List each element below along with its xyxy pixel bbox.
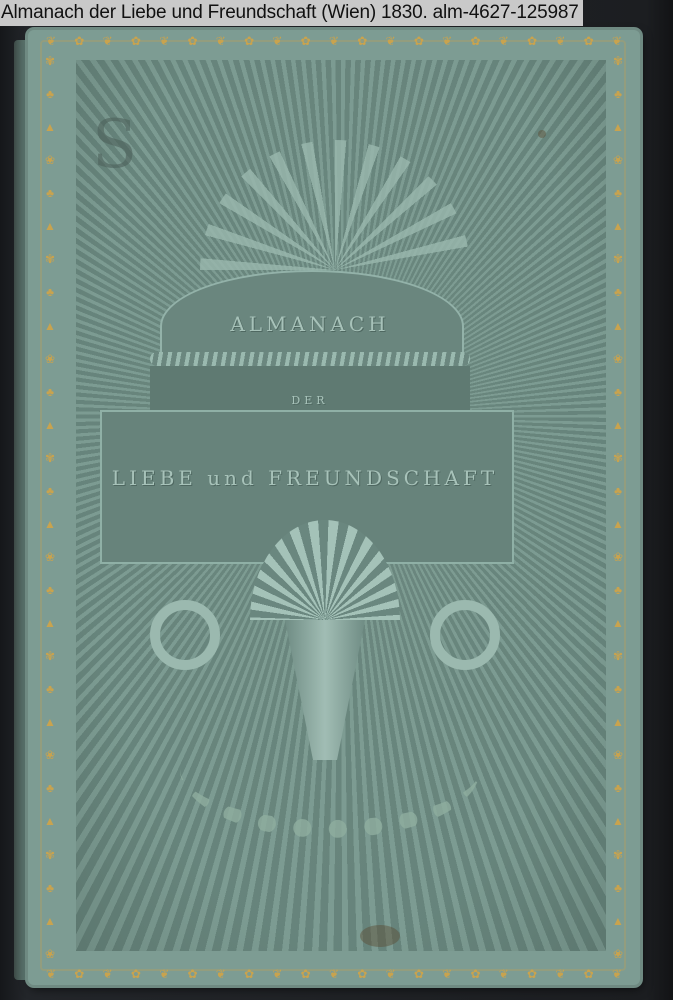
gilt-ornament-icon: ▲ bbox=[44, 517, 56, 531]
library-stamp: S bbox=[92, 110, 138, 180]
gilt-ornament-icon: ❦ bbox=[216, 967, 226, 981]
gilt-ornament-icon: ♣ bbox=[614, 285, 622, 299]
book-photo: ❦✿❦✿❦✿❦✿❦✿❦✿❦✿❦✿❦✿❦✿❦ ❦✿❦✿❦✿❦✿❦✿❦✿❦✿❦✿❦✿… bbox=[0, 0, 673, 1000]
gilt-ornament-icon: ♣ bbox=[46, 385, 54, 399]
gilt-ornament-icon: ✿ bbox=[357, 967, 367, 981]
gilt-ornament-icon: ❦ bbox=[329, 34, 339, 48]
gilt-ornament-icon: ▲ bbox=[44, 319, 56, 333]
gilt-ornament-icon: ❦ bbox=[46, 967, 56, 981]
gilt-ornament-icon: ❦ bbox=[555, 967, 565, 981]
gilt-ornament-icon: ✿ bbox=[357, 34, 367, 48]
right-scroll-icon bbox=[430, 600, 500, 670]
gilt-ornament-icon: ✿ bbox=[244, 34, 254, 48]
gilt-ornament-icon: ❀ bbox=[45, 748, 55, 762]
gilt-ornament-icon: ❦ bbox=[103, 34, 113, 48]
gilt-ornament-icon: ✿ bbox=[74, 967, 84, 981]
gilt-ornament-icon: ♣ bbox=[46, 186, 54, 200]
gilt-ornament-icon: ❦ bbox=[442, 967, 452, 981]
gilt-ornament-icon: ♣ bbox=[46, 682, 54, 696]
gilt-ornament-icon: ✿ bbox=[414, 34, 424, 48]
gilt-ornament-icon: ❀ bbox=[613, 748, 623, 762]
cover-title-der: DER bbox=[160, 394, 460, 407]
bottom-gilt-ornament-row: ❦✿❦✿❦✿❦✿❦✿❦✿❦✿❦✿❦✿❦✿❦ bbox=[46, 967, 622, 981]
gilt-ornament-icon: ❦ bbox=[159, 967, 169, 981]
gilt-ornament-icon: ❦ bbox=[612, 34, 622, 48]
gilt-ornament-icon: ▲ bbox=[612, 914, 624, 928]
gilt-ornament-icon: ✾ bbox=[613, 451, 623, 465]
gilt-ornament-icon: ❦ bbox=[159, 34, 169, 48]
gilt-ornament-icon: ❦ bbox=[216, 34, 226, 48]
gilt-ornament-icon: ✾ bbox=[45, 649, 55, 663]
gilt-ornament-icon: ❦ bbox=[499, 967, 509, 981]
gilt-ornament-icon: ✾ bbox=[613, 252, 623, 266]
wear-stain bbox=[360, 925, 400, 947]
gilt-ornament-icon: ❦ bbox=[499, 34, 509, 48]
gilt-ornament-icon: ▲ bbox=[612, 418, 624, 432]
gilt-ornament-icon: ❀ bbox=[613, 947, 623, 961]
gilt-ornament-icon: ♣ bbox=[614, 186, 622, 200]
gilt-ornament-icon: ❀ bbox=[45, 947, 55, 961]
gilt-ornament-icon: ✿ bbox=[414, 967, 424, 981]
gilt-ornament-icon: ▲ bbox=[612, 814, 624, 828]
gilt-ornament-icon: ▲ bbox=[612, 715, 624, 729]
gilt-ornament-icon: ♣ bbox=[614, 484, 622, 498]
gilt-ornament-icon: ▲ bbox=[612, 517, 624, 531]
gilt-ornament-icon: ✿ bbox=[74, 34, 84, 48]
gilt-ornament-icon: ♣ bbox=[614, 385, 622, 399]
gilt-ornament-icon: ✾ bbox=[613, 649, 623, 663]
gilt-ornament-icon: ♣ bbox=[614, 87, 622, 101]
gilt-ornament-icon: ▲ bbox=[612, 319, 624, 333]
gilt-ornament-icon: ♣ bbox=[614, 682, 622, 696]
gilt-ornament-icon: ▲ bbox=[612, 120, 624, 134]
gilt-ornament-icon: ❀ bbox=[45, 153, 55, 167]
gilt-ornament-icon: ✾ bbox=[45, 451, 55, 465]
gilt-ornament-icon: ❀ bbox=[613, 153, 623, 167]
gilt-ornament-icon: ▲ bbox=[44, 418, 56, 432]
gilt-ornament-icon: ♣ bbox=[46, 87, 54, 101]
gilt-ornament-icon: ▲ bbox=[44, 814, 56, 828]
right-gilt-ornament-column: ✾♣▲❀♣▲✾♣▲❀♣▲✾♣▲❀♣▲✾♣▲❀♣▲✾♣▲❀ bbox=[610, 54, 626, 961]
cover-title-liebe-freundschaft: LIEBE und FREUNDSCHAFT bbox=[100, 466, 510, 490]
gilt-ornament-icon: ❦ bbox=[555, 34, 565, 48]
gilt-ornament-icon: ❦ bbox=[329, 967, 339, 981]
gilt-ornament-icon: ✾ bbox=[613, 54, 623, 68]
gilt-ornament-icon: ❦ bbox=[272, 34, 282, 48]
gilt-ornament-icon: ❀ bbox=[613, 352, 623, 366]
rope-molding-ornament bbox=[150, 352, 470, 366]
left-scroll-icon bbox=[150, 600, 220, 670]
gilt-ornament-icon: ✾ bbox=[613, 848, 623, 862]
gilt-ornament-icon: ❀ bbox=[45, 352, 55, 366]
gilt-ornament-icon: ❦ bbox=[612, 967, 622, 981]
gilt-ornament-icon: ♣ bbox=[614, 583, 622, 597]
gilt-ornament-icon: ♣ bbox=[46, 285, 54, 299]
gilt-ornament-icon: ▲ bbox=[612, 219, 624, 233]
gilt-ornament-icon: ✿ bbox=[244, 967, 254, 981]
gilt-ornament-icon: ❦ bbox=[386, 34, 396, 48]
gilt-ornament-icon: ✾ bbox=[45, 54, 55, 68]
gilt-ornament-icon: ▲ bbox=[44, 219, 56, 233]
gilt-ornament-icon: ✿ bbox=[131, 967, 141, 981]
gilt-ornament-icon: ❦ bbox=[442, 34, 452, 48]
image-caption: Almanach der Liebe und Freundschaft (Wie… bbox=[0, 0, 583, 26]
gilt-ornament-icon: ✿ bbox=[470, 34, 480, 48]
gilt-ornament-icon: ❀ bbox=[613, 550, 623, 564]
gilt-ornament-icon: ❦ bbox=[103, 967, 113, 981]
gilt-ornament-icon: ❦ bbox=[46, 34, 56, 48]
gilt-ornament-icon: ✿ bbox=[584, 34, 594, 48]
gilt-ornament-icon: ✿ bbox=[301, 967, 311, 981]
wear-spot bbox=[538, 130, 546, 138]
gilt-ornament-icon: ✿ bbox=[470, 967, 480, 981]
gilt-ornament-icon: ✿ bbox=[301, 34, 311, 48]
gilt-ornament-icon: ▲ bbox=[44, 914, 56, 928]
gilt-ornament-icon: ❦ bbox=[386, 967, 396, 981]
gilt-ornament-icon: ✿ bbox=[527, 34, 537, 48]
top-gilt-ornament-row: ❦✿❦✿❦✿❦✿❦✿❦✿❦✿❦✿❦✿❦✿❦ bbox=[46, 34, 622, 48]
gilt-ornament-icon: ✿ bbox=[527, 967, 537, 981]
cover-title-almanach: ALMANACH bbox=[160, 312, 460, 336]
gilt-ornament-icon: ✾ bbox=[45, 252, 55, 266]
gilt-ornament-icon: ♣ bbox=[46, 583, 54, 597]
gilt-ornament-icon: ♣ bbox=[46, 881, 54, 895]
gilt-ornament-icon: ▲ bbox=[44, 715, 56, 729]
gilt-ornament-icon: ✾ bbox=[45, 848, 55, 862]
gilt-ornament-icon: ❀ bbox=[45, 550, 55, 564]
gilt-ornament-icon: ✿ bbox=[584, 967, 594, 981]
gilt-ornament-icon: ♣ bbox=[614, 781, 622, 795]
gilt-ornament-icon: ▲ bbox=[612, 616, 624, 630]
gilt-ornament-icon: ♣ bbox=[46, 484, 54, 498]
gilt-ornament-icon: ▲ bbox=[44, 120, 56, 134]
gilt-ornament-icon: ✿ bbox=[131, 34, 141, 48]
gilt-ornament-icon: ▲ bbox=[44, 616, 56, 630]
urn-body-ornament bbox=[150, 366, 470, 416]
left-gilt-ornament-column: ✾♣▲❀♣▲✾♣▲❀♣▲✾♣▲❀♣▲✾♣▲❀♣▲✾♣▲❀ bbox=[42, 54, 58, 961]
gilt-ornament-icon: ❦ bbox=[272, 967, 282, 981]
gilt-ornament-icon: ♣ bbox=[46, 781, 54, 795]
gilt-ornament-icon: ♣ bbox=[614, 881, 622, 895]
gilt-ornament-icon: ✿ bbox=[187, 967, 197, 981]
gilt-ornament-icon: ✿ bbox=[187, 34, 197, 48]
